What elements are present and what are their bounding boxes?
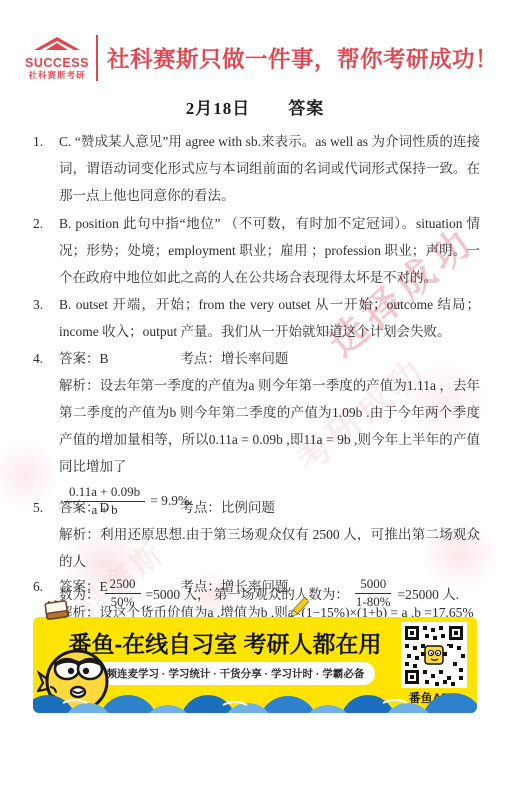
topic-label: 考点：增长率问题 — [180, 579, 288, 594]
title-date: 2月18日 — [186, 99, 251, 118]
logo-roof-icon — [34, 37, 80, 52]
item-number: 1. — [33, 128, 59, 209]
item-number: 3. — [33, 291, 59, 345]
logo-brand-text: SUCCESS — [25, 57, 89, 70]
logo-sub-text: 社科赛斯考研 — [25, 71, 89, 80]
header-divider — [96, 35, 98, 81]
title-label: 答案 — [288, 99, 324, 118]
analysis-text: 解析：设去年第一季度的产值为a 则今年第一季度的产值为1.11a ，去年第二季度… — [59, 372, 480, 480]
promo-banner: 番鱼-在线自习室 考研人都在用 视频连麦学习 · 学习统计 · 干货分享 · 学… — [33, 617, 477, 713]
qr-code — [401, 622, 467, 688]
answer-topic-line: 答案：E 考点：增长率问题 — [59, 574, 480, 600]
item-text: B. outset 开端，开始；from the very outset 从一开… — [59, 291, 480, 345]
page-title: 2月18日答案 — [0, 94, 510, 119]
answer-item-2: 2. B. position 此句中指“地位” （不可数，有时加不定冠词）。si… — [33, 210, 480, 291]
answer-topic-line: 答案：B 考点：增长率问题 — [59, 345, 480, 372]
header: SUCCESS 社科赛斯考研 社科赛斯只做一件事，帮你考研成功！ — [25, 30, 488, 86]
success-logo: SUCCESS 社科赛斯考研 — [25, 37, 89, 80]
notepad-icon — [44, 597, 71, 622]
answer-label: 答案：E — [59, 574, 177, 600]
wave-decoration — [33, 689, 477, 713]
answer-item-3: 3. B. outset 开端，开始；from the very outset … — [33, 291, 480, 345]
topic-label: 考点：比例问题 — [180, 500, 275, 515]
item-text: C. “赞成某人意见”用 agree with sb.来表示。as well a… — [59, 128, 480, 209]
answer-label: 答案：D — [59, 494, 177, 521]
topic-label: 考点：增长率问题 — [180, 351, 288, 366]
analysis-text: 解析：利用还原思想.由于第三场观众仅有 2500 人，可推出第二场观众的人 — [59, 521, 480, 575]
banner-features: 视频连麦学习 · 学习统计 · 干货分享 · 学习计时 · 学霸必备 — [85, 662, 375, 685]
header-slogan: 社科赛斯只做一件事，帮你考研成功！ — [107, 42, 498, 74]
item-number: 2. — [33, 210, 59, 291]
answer-item-1: 1. C. “赞成某人意见”用 agree with sb.来表示。as wel… — [33, 128, 480, 209]
item-text: B. position 此句中指“地位” （不可数，有时加不定冠词）。situa… — [59, 210, 480, 291]
answer-sheet-page: 选择成功 考研成功 社科赛斯 SUCCESS 社科赛斯考研 社科赛斯只做一件事，… — [0, 0, 510, 800]
answer-topic-line: 答案：D 考点：比例问题 — [59, 494, 480, 521]
answer-label: 答案：B — [59, 345, 177, 372]
